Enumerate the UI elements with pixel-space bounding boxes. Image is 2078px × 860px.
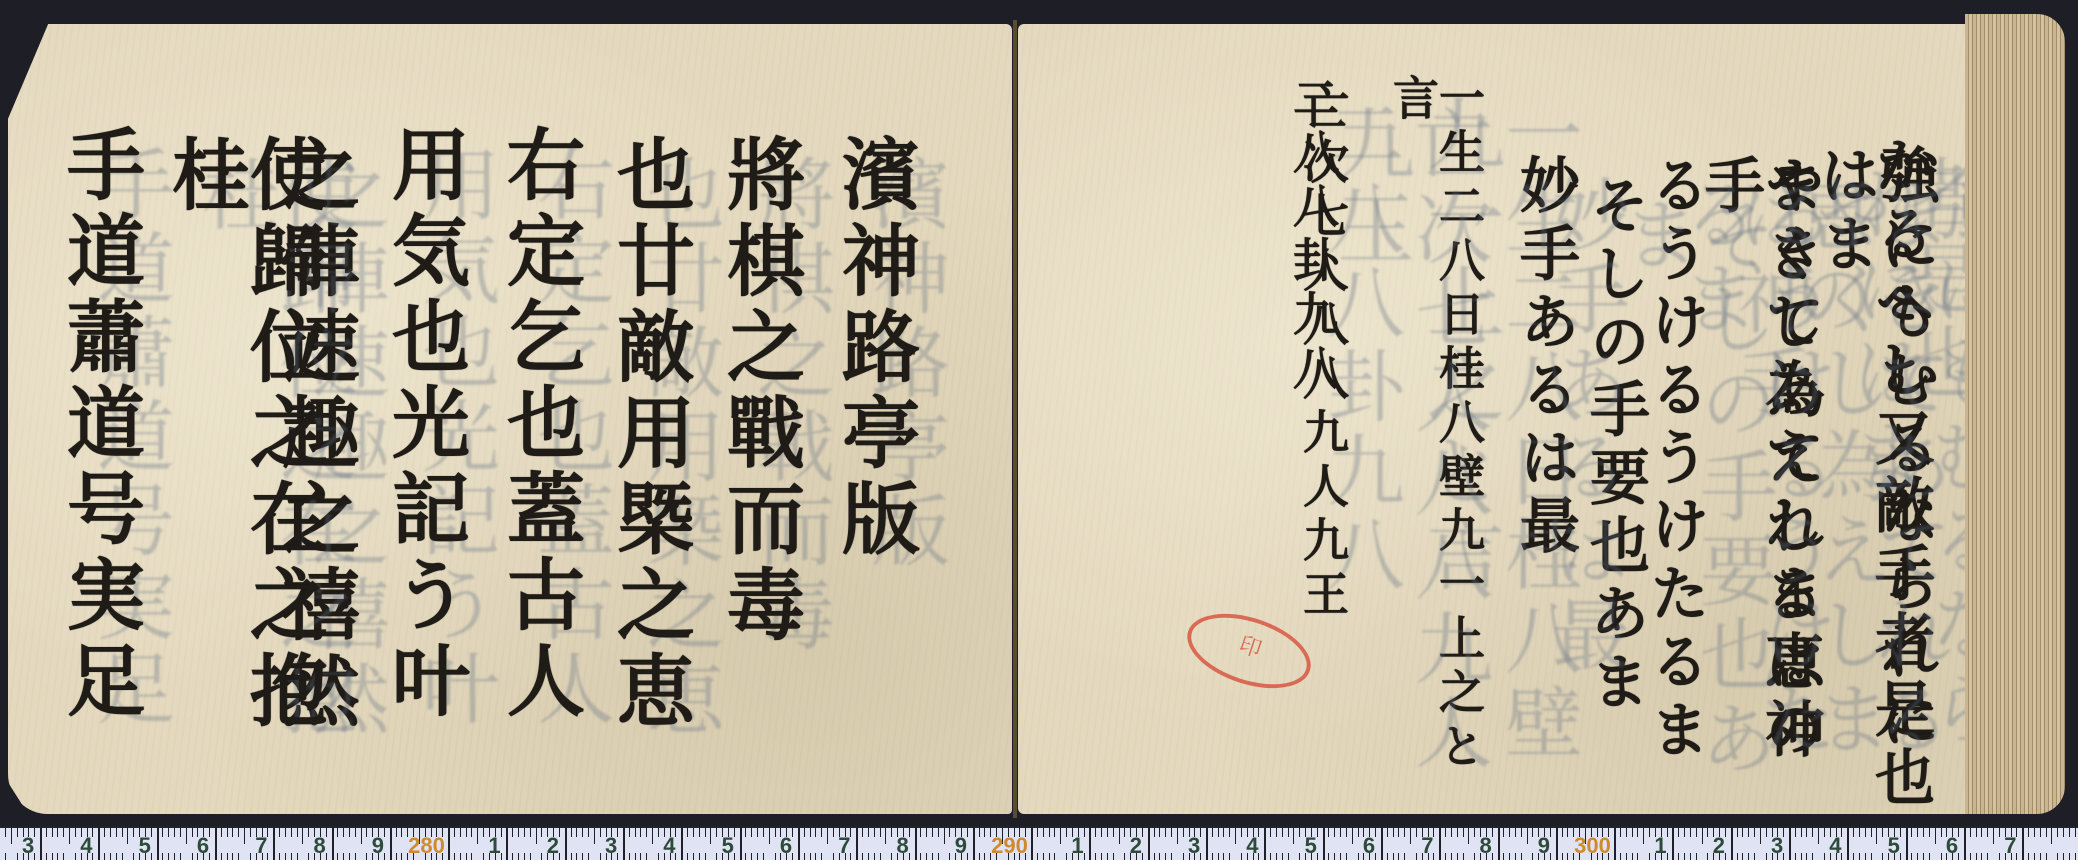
ruler-tick bbox=[483, 828, 484, 837]
ruler-tick bbox=[343, 853, 344, 860]
ruler-tick bbox=[366, 828, 367, 837]
ruler-tick bbox=[17, 828, 18, 837]
ruler-tick bbox=[850, 828, 851, 837]
ruler-label: 2 bbox=[1130, 833, 1142, 859]
ruler-tick bbox=[1159, 853, 1160, 860]
ruler-tick bbox=[1066, 828, 1067, 837]
calligraphy-column: 用気也光記う叶 bbox=[385, 124, 463, 726]
ruler-tick bbox=[1801, 828, 1802, 837]
ruler-tick bbox=[244, 828, 245, 844]
ruler-tick bbox=[1183, 828, 1184, 837]
ruler-tick bbox=[926, 853, 927, 860]
ruler-tick bbox=[815, 828, 816, 837]
ruler-tick bbox=[1142, 828, 1143, 837]
ruler-label: 3 bbox=[605, 833, 617, 859]
ruler-tick bbox=[238, 853, 239, 860]
ruler-tick bbox=[1445, 828, 1446, 837]
ruler-tick bbox=[559, 828, 560, 837]
ruler-tick bbox=[1871, 853, 1872, 860]
ruler-tick bbox=[1818, 828, 1819, 844]
ruler-tick bbox=[1054, 828, 1055, 837]
ruler-tick bbox=[1783, 853, 1784, 860]
ruler-tick bbox=[1416, 828, 1417, 837]
ruler-tick bbox=[34, 853, 35, 860]
ruler-tick bbox=[1049, 828, 1050, 837]
ruler-label: 4 bbox=[80, 833, 92, 859]
ruler-tick bbox=[705, 853, 706, 860]
ruler-tick bbox=[571, 853, 572, 860]
ruler-tick bbox=[565, 828, 567, 860]
ruler-tick bbox=[1352, 828, 1353, 844]
ruler-tick bbox=[1900, 828, 1901, 837]
ruler-label: 7 bbox=[2004, 833, 2016, 859]
ruler-tick bbox=[1917, 853, 1918, 860]
ruler-tick bbox=[1865, 853, 1866, 860]
ruler-tick bbox=[1124, 853, 1125, 860]
ruler-label: 9 bbox=[372, 833, 384, 859]
ruler-tick bbox=[775, 828, 776, 837]
ruler-tick bbox=[1999, 853, 2000, 860]
ruler-tick bbox=[984, 828, 985, 837]
ruler-tick bbox=[880, 853, 881, 860]
ruler-tick bbox=[1323, 828, 1325, 860]
ruler-tick bbox=[1929, 853, 1930, 860]
ruler-tick bbox=[1737, 853, 1738, 860]
ruler-tick bbox=[366, 853, 367, 860]
ruler-tick bbox=[576, 828, 577, 837]
ruler-tick bbox=[1212, 828, 1213, 837]
ruler-tick bbox=[401, 828, 402, 837]
ruler-tick bbox=[396, 853, 397, 860]
ruler-tick bbox=[1766, 853, 1767, 860]
ruler-tick bbox=[1381, 828, 1383, 860]
ruler-tick bbox=[536, 828, 537, 844]
ruler-tick bbox=[658, 853, 659, 860]
ruler-tick bbox=[2069, 853, 2070, 860]
ruler-tick bbox=[1824, 828, 1825, 837]
ruler-tick bbox=[1649, 828, 1650, 837]
ruler-tick bbox=[588, 828, 589, 837]
ruler-tick bbox=[2057, 828, 2058, 837]
ruler-tick bbox=[162, 828, 163, 837]
bleed-through-text: 亡次七人八八九人九王 bbox=[1330, 104, 1486, 814]
right-page: かるへし又敵手者是也かるへし又敵手者是也強にもむるなられにはま強にもむるなられに… bbox=[1018, 24, 2018, 814]
ruler-tick bbox=[541, 828, 542, 837]
ruler-tick bbox=[326, 828, 327, 837]
ruler-tick bbox=[640, 853, 641, 860]
ruler-tick bbox=[821, 828, 822, 837]
ruler-tick bbox=[868, 828, 869, 837]
ruler-tick bbox=[804, 828, 805, 837]
ruler-tick bbox=[1632, 853, 1633, 860]
ruler-tick bbox=[588, 853, 589, 860]
ruler-tick bbox=[1054, 853, 1055, 860]
ruler-tick bbox=[1084, 853, 1085, 860]
ruler-tick bbox=[1498, 828, 1500, 860]
ruler-tick bbox=[944, 828, 945, 844]
ruler-tick bbox=[1999, 828, 2000, 837]
ruler-tick bbox=[1142, 853, 1143, 860]
ruler-tick bbox=[1218, 853, 1219, 860]
ruler-tick bbox=[34, 828, 35, 837]
ruler-tick bbox=[1433, 853, 1434, 860]
ruler-tick bbox=[582, 828, 583, 837]
ruler-tick bbox=[1398, 853, 1399, 860]
ruler-tick bbox=[1911, 828, 1912, 837]
ruler-tick bbox=[1976, 828, 1977, 837]
ruler-tick bbox=[349, 828, 350, 837]
ruler-tick bbox=[192, 828, 193, 837]
ruler-tick bbox=[833, 828, 834, 837]
ruler-tick bbox=[1101, 853, 1102, 860]
ruler-tick bbox=[1037, 828, 1038, 837]
ruler-tick bbox=[1637, 828, 1638, 837]
ruler-tick bbox=[1288, 853, 1289, 860]
ruler-tick bbox=[635, 853, 636, 860]
ruler-tick bbox=[1474, 853, 1475, 860]
ruler-tick bbox=[1387, 853, 1388, 860]
ruler-tick bbox=[227, 853, 228, 860]
ruler-tick bbox=[483, 853, 484, 860]
ruler-tick bbox=[559, 853, 560, 860]
ruler-tick bbox=[874, 828, 875, 837]
ruler-tick bbox=[1165, 853, 1166, 860]
ruler-tick bbox=[652, 828, 653, 844]
ruler-tick bbox=[1171, 853, 1172, 860]
ruler-tick bbox=[617, 853, 618, 860]
ruler-tick bbox=[5, 828, 6, 837]
ruler-label: 5 bbox=[722, 833, 734, 859]
ruler-tick bbox=[1678, 853, 1679, 860]
ruler-tick bbox=[1795, 853, 1796, 860]
ruler-tick bbox=[1871, 828, 1872, 837]
ruler-tick bbox=[705, 828, 706, 837]
ruler-tick bbox=[1527, 828, 1528, 844]
ruler-tick bbox=[1637, 853, 1638, 860]
ruler-tick bbox=[1812, 853, 1813, 860]
ruler-tick bbox=[751, 828, 752, 837]
ruler-tick bbox=[250, 828, 251, 837]
ruler-tick bbox=[751, 853, 752, 860]
ruler-tick bbox=[1923, 828, 1924, 837]
ruler-tick bbox=[1340, 853, 1341, 860]
ruler-tick bbox=[926, 828, 927, 837]
ruler-tick bbox=[710, 828, 711, 844]
ruler-tick bbox=[1556, 828, 1558, 860]
ruler-tick bbox=[1923, 853, 1924, 860]
ruler-tick bbox=[1754, 828, 1755, 837]
ruler-tick bbox=[396, 828, 397, 837]
ruler-tick bbox=[1882, 828, 1883, 837]
ruler-tick bbox=[1229, 853, 1230, 860]
ruler-tick bbox=[1049, 853, 1050, 860]
ruler-label: 9 bbox=[955, 833, 967, 859]
ruler-tick bbox=[1457, 853, 1458, 860]
ruler-tick bbox=[186, 828, 187, 844]
ruler-tick bbox=[355, 853, 356, 860]
ruler-tick bbox=[2046, 828, 2047, 837]
ruler-tick bbox=[891, 853, 892, 860]
ruler-tick bbox=[1270, 828, 1271, 837]
ruler-tick bbox=[646, 853, 647, 860]
ruler-tick bbox=[1702, 828, 1703, 844]
ruler-tick bbox=[471, 853, 472, 860]
ruler-tick bbox=[337, 853, 338, 860]
ruler-tick bbox=[594, 828, 595, 844]
ruler-tick bbox=[1451, 828, 1452, 837]
ruler-tick bbox=[122, 828, 123, 837]
ruler-tick bbox=[1515, 853, 1516, 860]
ruler-tick bbox=[1620, 853, 1621, 860]
ruler-tick bbox=[1941, 828, 1942, 837]
ruler-tick bbox=[501, 853, 502, 860]
ruler-tick bbox=[1521, 853, 1522, 860]
ruler-tick bbox=[1346, 828, 1347, 837]
ruler-tick bbox=[279, 828, 280, 837]
ruler-tick bbox=[460, 853, 461, 860]
ruler-tick bbox=[75, 828, 76, 837]
ruler-tick bbox=[332, 828, 334, 860]
ruler-tick bbox=[1043, 828, 1044, 837]
ruler-label: 4 bbox=[1246, 833, 1258, 859]
ruler-tick bbox=[1900, 853, 1901, 860]
ruler-tick bbox=[1235, 828, 1236, 844]
ruler-tick bbox=[506, 828, 508, 860]
ruler-tick bbox=[232, 828, 233, 837]
ruler-tick bbox=[1037, 853, 1038, 860]
ruler-tick bbox=[1882, 853, 1883, 860]
ruler-tick bbox=[349, 853, 350, 860]
ruler-tick bbox=[221, 828, 222, 837]
ruler-label: 6 bbox=[197, 833, 209, 859]
ruler-tick bbox=[1929, 828, 1930, 837]
ruler-tick bbox=[979, 853, 980, 860]
ruler-tick bbox=[891, 828, 892, 837]
ruler-tick bbox=[681, 828, 683, 860]
ruler-tick bbox=[75, 853, 76, 860]
ruler-tick bbox=[850, 853, 851, 860]
ruler-tick bbox=[343, 828, 344, 837]
ruler-tick bbox=[1853, 828, 1854, 837]
ruler-tick bbox=[967, 853, 968, 860]
ruler-tick bbox=[1340, 828, 1341, 837]
ruler-tick bbox=[1358, 853, 1359, 860]
ruler-tick bbox=[693, 828, 694, 837]
ruler-tick bbox=[1299, 853, 1300, 860]
ruler-tick bbox=[1707, 853, 1708, 860]
ruler-tick bbox=[162, 853, 163, 860]
ruler-tick bbox=[227, 828, 228, 837]
ruler-tick bbox=[880, 828, 881, 837]
ruler-tick bbox=[1521, 828, 1522, 837]
ruler-tick bbox=[221, 853, 222, 860]
ruler-tick bbox=[1107, 853, 1108, 860]
ruler-tick bbox=[541, 853, 542, 860]
ruler-tick bbox=[133, 853, 134, 860]
ruler-tick bbox=[116, 828, 117, 837]
ruler-tick bbox=[1987, 828, 1988, 837]
ruler-tick bbox=[2016, 853, 2017, 860]
ruler-tick bbox=[769, 828, 770, 844]
ruler-tick bbox=[1468, 828, 1469, 844]
ruler-tick bbox=[471, 828, 472, 837]
calligraphy-column: 使歸位之在之抱桂 bbox=[165, 134, 321, 814]
ruler-tick bbox=[1503, 828, 1504, 837]
ruler-tick bbox=[1206, 828, 1208, 860]
page-fore-edge bbox=[1965, 14, 2065, 814]
ruler-tick bbox=[501, 828, 502, 837]
ruler-tick bbox=[827, 828, 828, 844]
ruler-tick bbox=[297, 853, 298, 860]
ruler-tick bbox=[1632, 828, 1633, 837]
ruler-tick bbox=[623, 828, 625, 860]
ruler-tick bbox=[361, 828, 362, 844]
book-gutter bbox=[1013, 20, 1017, 818]
ruler-tick bbox=[1626, 828, 1627, 837]
ruler-tick bbox=[885, 828, 886, 844]
ruler-tick bbox=[1970, 828, 1971, 837]
ruler-tick bbox=[1684, 828, 1685, 837]
ruler-tick bbox=[1865, 828, 1866, 837]
ruler-tick bbox=[734, 828, 735, 837]
ruler-label: 8 bbox=[1480, 833, 1492, 859]
ruler-tick bbox=[1177, 828, 1178, 844]
ruler-tick bbox=[1282, 828, 1283, 837]
ruler-tick bbox=[1264, 828, 1266, 860]
ruler-tick bbox=[687, 828, 688, 837]
ruler-tick bbox=[938, 853, 939, 860]
ruler-tick bbox=[646, 828, 647, 837]
ruler-tick bbox=[1707, 828, 1708, 837]
ruler-label: 280 bbox=[408, 833, 445, 859]
ruler-tick bbox=[1276, 828, 1277, 837]
ruler-tick bbox=[810, 853, 811, 860]
ruler-tick bbox=[1696, 853, 1697, 860]
ruler-tick bbox=[1159, 828, 1160, 837]
ruler-tick bbox=[1317, 828, 1318, 837]
ruler-tick bbox=[973, 828, 975, 860]
ruler-tick bbox=[1981, 828, 1982, 837]
ruler-label: 4 bbox=[1829, 833, 1841, 859]
ruler-tick bbox=[57, 828, 58, 837]
ruler-tick bbox=[1282, 853, 1283, 860]
ruler-tick bbox=[1981, 853, 1982, 860]
ruler-tick bbox=[524, 853, 525, 860]
ruler-tick bbox=[1964, 828, 1966, 860]
ruler-tick bbox=[384, 828, 385, 837]
ruler-tick bbox=[1410, 828, 1411, 844]
ruler-tick bbox=[1626, 853, 1627, 860]
ruler-tick bbox=[1806, 853, 1807, 860]
ruler-tick bbox=[2028, 853, 2029, 860]
ruler-tick bbox=[1293, 828, 1294, 844]
ruler-tick bbox=[576, 853, 577, 860]
ruler-tick bbox=[775, 853, 776, 860]
ruler-tick bbox=[582, 853, 583, 860]
ruler-tick bbox=[792, 828, 793, 837]
ruler-tick bbox=[600, 853, 601, 860]
ruler-tick bbox=[920, 853, 921, 860]
ruler-tick bbox=[1672, 828, 1674, 860]
ruler-tick bbox=[1509, 853, 1510, 860]
ruler-tick bbox=[1935, 828, 1936, 844]
ruler-tick bbox=[1451, 853, 1452, 860]
scene-background: 濱神路亭版濱神路亭版將棋之戰而毒將棋之戰而毒也廿敵用槩之恵也廿敵用槩之恵右定乞也… bbox=[0, 0, 2078, 860]
ruler-tick bbox=[1684, 853, 1685, 860]
ruler-tick bbox=[1445, 853, 1446, 860]
ruler-tick bbox=[1690, 828, 1691, 837]
ruler-tick bbox=[1084, 828, 1085, 837]
ruler-tick bbox=[192, 853, 193, 860]
ruler-label: 7 bbox=[838, 833, 850, 859]
ruler-tick bbox=[734, 853, 735, 860]
ruler-tick bbox=[1742, 853, 1743, 860]
ruler-label: 290 bbox=[991, 833, 1028, 859]
ruler-tick bbox=[209, 828, 210, 837]
ruler-tick bbox=[810, 828, 811, 837]
ruler-label: 6 bbox=[1946, 833, 1958, 859]
ruler-tick bbox=[127, 828, 128, 844]
ruler-tick bbox=[1859, 828, 1860, 837]
ruler-tick bbox=[932, 828, 933, 837]
ruler-tick bbox=[716, 828, 717, 837]
ruler-tick bbox=[1089, 828, 1091, 860]
ruler-tick bbox=[1760, 828, 1761, 844]
ruler-label: 3 bbox=[22, 833, 34, 859]
ruler-tick bbox=[600, 828, 601, 837]
ruler-tick bbox=[1334, 853, 1335, 860]
calligraphy-column: 將棋之戰而毒 bbox=[720, 134, 798, 650]
ruler-tick bbox=[716, 853, 717, 860]
ruler-tick bbox=[629, 853, 630, 860]
ruler-tick bbox=[1562, 828, 1563, 837]
ruler-tick bbox=[122, 853, 123, 860]
ruler-tick bbox=[466, 853, 467, 860]
ruler-tick bbox=[1917, 828, 1918, 837]
ruler-tick bbox=[104, 853, 105, 860]
ruler-tick bbox=[1241, 853, 1242, 860]
ruler-tick bbox=[984, 853, 985, 860]
ruler-tick bbox=[1801, 853, 1802, 860]
ruler-tick bbox=[285, 853, 286, 860]
ruler-tick bbox=[180, 853, 181, 860]
ruler-tick bbox=[1119, 828, 1120, 844]
ruler-tick bbox=[1154, 853, 1155, 860]
ruler-tick bbox=[2051, 828, 2052, 844]
ruler-tick bbox=[1754, 853, 1755, 860]
ruler-tick bbox=[1958, 828, 1959, 837]
ruler-label: 4 bbox=[663, 833, 675, 859]
ruler-tick bbox=[1690, 853, 1691, 860]
ruler-tick bbox=[1941, 853, 1942, 860]
ruler-tick bbox=[1270, 853, 1271, 860]
ruler-tick bbox=[250, 853, 251, 860]
ruler-tick bbox=[2016, 828, 2017, 837]
ruler-tick bbox=[1532, 828, 1533, 837]
ruler-tick bbox=[1387, 828, 1388, 837]
ruler-tick bbox=[518, 853, 519, 860]
ruler-tick bbox=[512, 828, 513, 837]
ruler-tick bbox=[1358, 828, 1359, 837]
ruler-tick bbox=[1783, 828, 1784, 837]
ruler-tick bbox=[868, 853, 869, 860]
ruler-tick bbox=[337, 828, 338, 837]
ruler-tick bbox=[2028, 828, 2029, 837]
ruler-tick bbox=[1503, 853, 1504, 860]
ruler-tick bbox=[1515, 828, 1516, 837]
ruler-tick bbox=[1334, 828, 1335, 837]
ruler-tick bbox=[174, 853, 175, 860]
